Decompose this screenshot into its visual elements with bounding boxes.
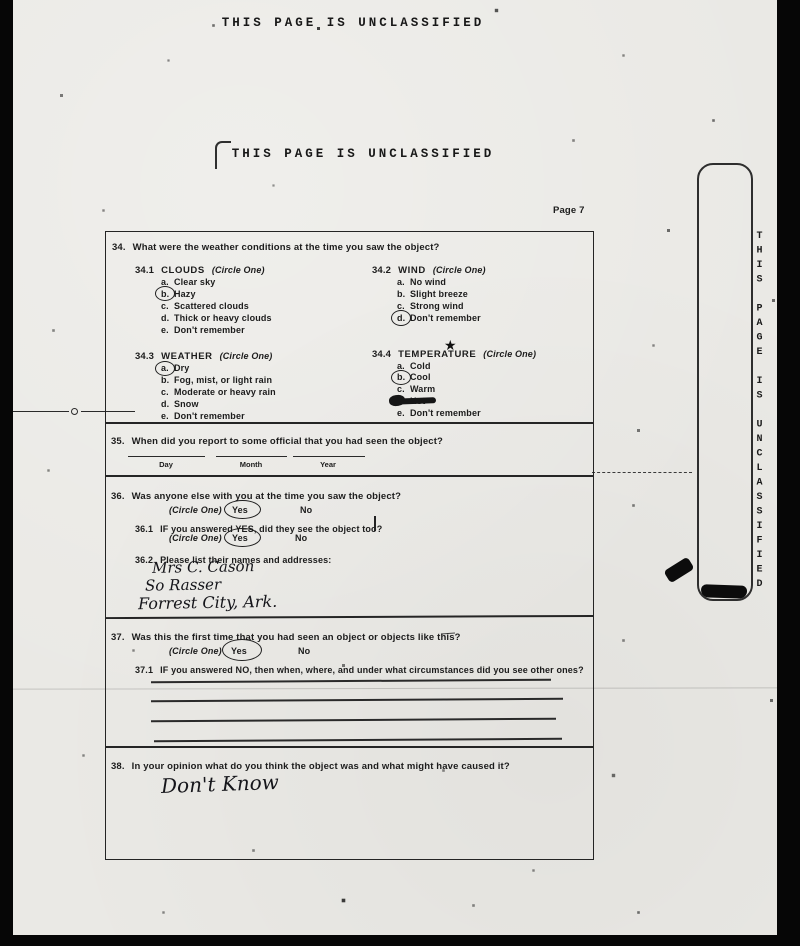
circle-one-hint: (Circle One) (169, 505, 222, 515)
option-row: c.Strong wind (397, 301, 464, 311)
answer-circle-34-3 (155, 361, 175, 376)
handwritten-answer: Don't Know (161, 770, 280, 798)
no-option: No (295, 533, 307, 543)
option-text: Cool (410, 372, 431, 382)
question-text: What were the weather conditions at the … (133, 242, 440, 253)
scan-artifact-dashes (592, 472, 692, 473)
option-letter: d. (161, 399, 174, 409)
option-row: c.Moderate or heavy rain (161, 387, 276, 397)
option-letter: e. (161, 325, 174, 335)
option-text: Strong wind (410, 301, 464, 311)
question-34: 34.What were the weather conditions at t… (112, 237, 439, 255)
section-divider (106, 615, 593, 619)
answer-circle-36-1 (224, 528, 261, 547)
handwritten-name-1: Mrs C. Cason (152, 557, 255, 577)
section-divider (106, 475, 593, 477)
scan-artifact-ring (71, 408, 78, 415)
pen-tick-mark (374, 516, 376, 531)
answer-circle-37 (222, 639, 262, 661)
question-number: 37. (111, 632, 125, 643)
option-letter: b. (161, 375, 174, 385)
option-row: a.No wind (397, 277, 446, 287)
option-text: Dry (174, 363, 189, 373)
group-title: TEMPERATURE (398, 349, 476, 360)
option-row: e.Don't remember (161, 325, 245, 335)
field-label-year: Year (306, 460, 350, 469)
group-title: WEATHER (161, 351, 213, 362)
section-divider (106, 422, 593, 424)
blank-answer-line (154, 738, 562, 742)
circle-one-hint: (Circle One) (169, 533, 222, 543)
question-37-1: 37.1IF you answered NO, then when, where… (135, 660, 584, 678)
question-35: 35.When did you report to some official … (111, 431, 443, 449)
option-letter: c. (161, 387, 174, 397)
group-34-3-header: 34.3WEATHER(Circle One) (135, 346, 272, 364)
group-title: CLOUDS (161, 265, 205, 276)
option-text: No wind (410, 277, 446, 287)
ink-blotch-small (663, 557, 694, 584)
side-classification-text: THIS PAGE IS UNCLASSIFIED (713, 231, 765, 594)
questionnaire-form-box: 34.What were the weather conditions at t… (105, 231, 594, 860)
option-text: Moderate or heavy rain (174, 387, 276, 397)
option-letter: d. (161, 313, 174, 323)
blank-field-day (128, 456, 205, 457)
circle-one-hint: (Circle One) (433, 265, 486, 275)
group-title: WIND (398, 265, 426, 276)
page-number: Page 7 (553, 205, 585, 216)
group-number: 34.3 (135, 351, 154, 362)
group-number: 34.1 (135, 265, 154, 276)
option-text: Don't remember (174, 325, 245, 335)
option-text: Fog, mist, or light rain (174, 375, 272, 385)
option-row: a.Clear sky (161, 277, 215, 287)
field-label-day: Day (144, 460, 188, 469)
option-letter: c. (397, 384, 410, 394)
option-row: d.Thick or heavy clouds (161, 313, 272, 323)
option-row: d.Snow (161, 399, 199, 409)
group-number: 34.4 (372, 349, 391, 360)
question-text: IF you answered NO, then when, where, an… (160, 665, 584, 675)
field-label-month: Month (229, 460, 273, 469)
scanned-document-page: { "banners": { "top": "THIS PAGE IS UNCL… (0, 0, 800, 946)
option-text: Don't remember (410, 408, 481, 418)
option-text: Thick or heavy clouds (174, 313, 272, 323)
scan-artifact-line (13, 411, 69, 412)
question-text: In your opinion what do you think the ob… (132, 761, 510, 772)
blank-field-year (293, 456, 365, 457)
ink-star-icon: ★ (444, 337, 457, 354)
classification-banner-top: THIS PAGE IS UNCLASSIFIED (193, 16, 513, 30)
question-text: When did you report to some official tha… (132, 436, 443, 447)
question-number: 36.2 (135, 555, 153, 565)
option-text: Slight breeze (410, 289, 468, 299)
option-row: e.Don't remember (161, 411, 245, 421)
question-number: 34. (112, 242, 126, 253)
option-letter: e. (161, 411, 174, 421)
option-row: b.Fog, mist, or light rain (161, 375, 272, 385)
option-letter: a. (397, 277, 410, 287)
question-number: 36. (111, 491, 125, 502)
question-text: Was this the first time that you had see… (132, 632, 461, 643)
circle-one-hint: (Circle One) (483, 349, 536, 359)
answer-circle-36 (224, 500, 261, 519)
question-text: Was anyone else with you at the time you… (132, 491, 401, 502)
option-text: Clear sky (174, 277, 215, 287)
option-row: c.Warm (397, 384, 435, 394)
section-divider (106, 746, 593, 748)
option-text: Hazy (174, 289, 196, 299)
circle-one-hint: (Circle One) (169, 646, 222, 656)
circle-one-hint: (Circle One) (212, 265, 265, 275)
no-option: No (298, 646, 310, 656)
paper-page: THIS PAGE IS UNCLASSIFIED THIS PAGE IS U… (13, 0, 777, 935)
scan-noise-speckles (13, 0, 14, 1)
question-number: 37.1 (135, 665, 153, 675)
option-text: Warm (410, 384, 435, 394)
question-37: 37.Was this the first time that you had … (111, 627, 461, 645)
group-34-2-header: 34.2WIND(Circle One) (372, 260, 486, 278)
classification-banner-middle: THIS PAGE IS UNCLASSIFIED (203, 147, 523, 161)
blank-field-month (216, 456, 287, 457)
question-number: 35. (111, 436, 125, 447)
answer-circle-34-4 (391, 370, 411, 385)
handwritten-name-2: So Rasser (145, 575, 221, 594)
option-letter: e. (397, 408, 410, 418)
answer-circle-34-2 (391, 310, 411, 326)
circle-one-hint: (Circle One) (220, 351, 273, 361)
blank-answer-line (151, 718, 556, 722)
question-38: 38.In your opinion what do you think the… (111, 756, 510, 774)
answer-circle-34-1 (155, 286, 175, 301)
option-row: c.Scattered clouds (161, 301, 249, 311)
option-text: Snow (174, 399, 199, 409)
ink-blotch (701, 584, 747, 599)
question-36: 36.Was anyone else with you at the time … (111, 486, 401, 504)
question-number: 38. (111, 761, 125, 772)
option-text: Don't remember (410, 313, 481, 323)
blank-answer-line (151, 679, 551, 683)
option-row: e.Don't remember (397, 408, 481, 418)
option-text: Don't remember (174, 411, 245, 421)
option-row: b.Slight breeze (397, 289, 468, 299)
group-number: 34.2 (372, 265, 391, 276)
option-text: Cold (410, 361, 431, 371)
side-classification-stamp: THIS PAGE IS UNCLASSIFIED (697, 163, 753, 601)
option-letter: b. (397, 289, 410, 299)
option-letter: c. (161, 301, 174, 311)
corner-bracket-mark (215, 141, 231, 169)
blank-answer-line (151, 698, 563, 702)
no-option: No (300, 505, 312, 515)
option-text: Scattered clouds (174, 301, 249, 311)
group-34-1-header: 34.1CLOUDS(Circle One) (135, 260, 265, 278)
handwritten-address: Forrest City, Ark. (138, 592, 278, 613)
question-number: 36.1 (135, 524, 153, 534)
